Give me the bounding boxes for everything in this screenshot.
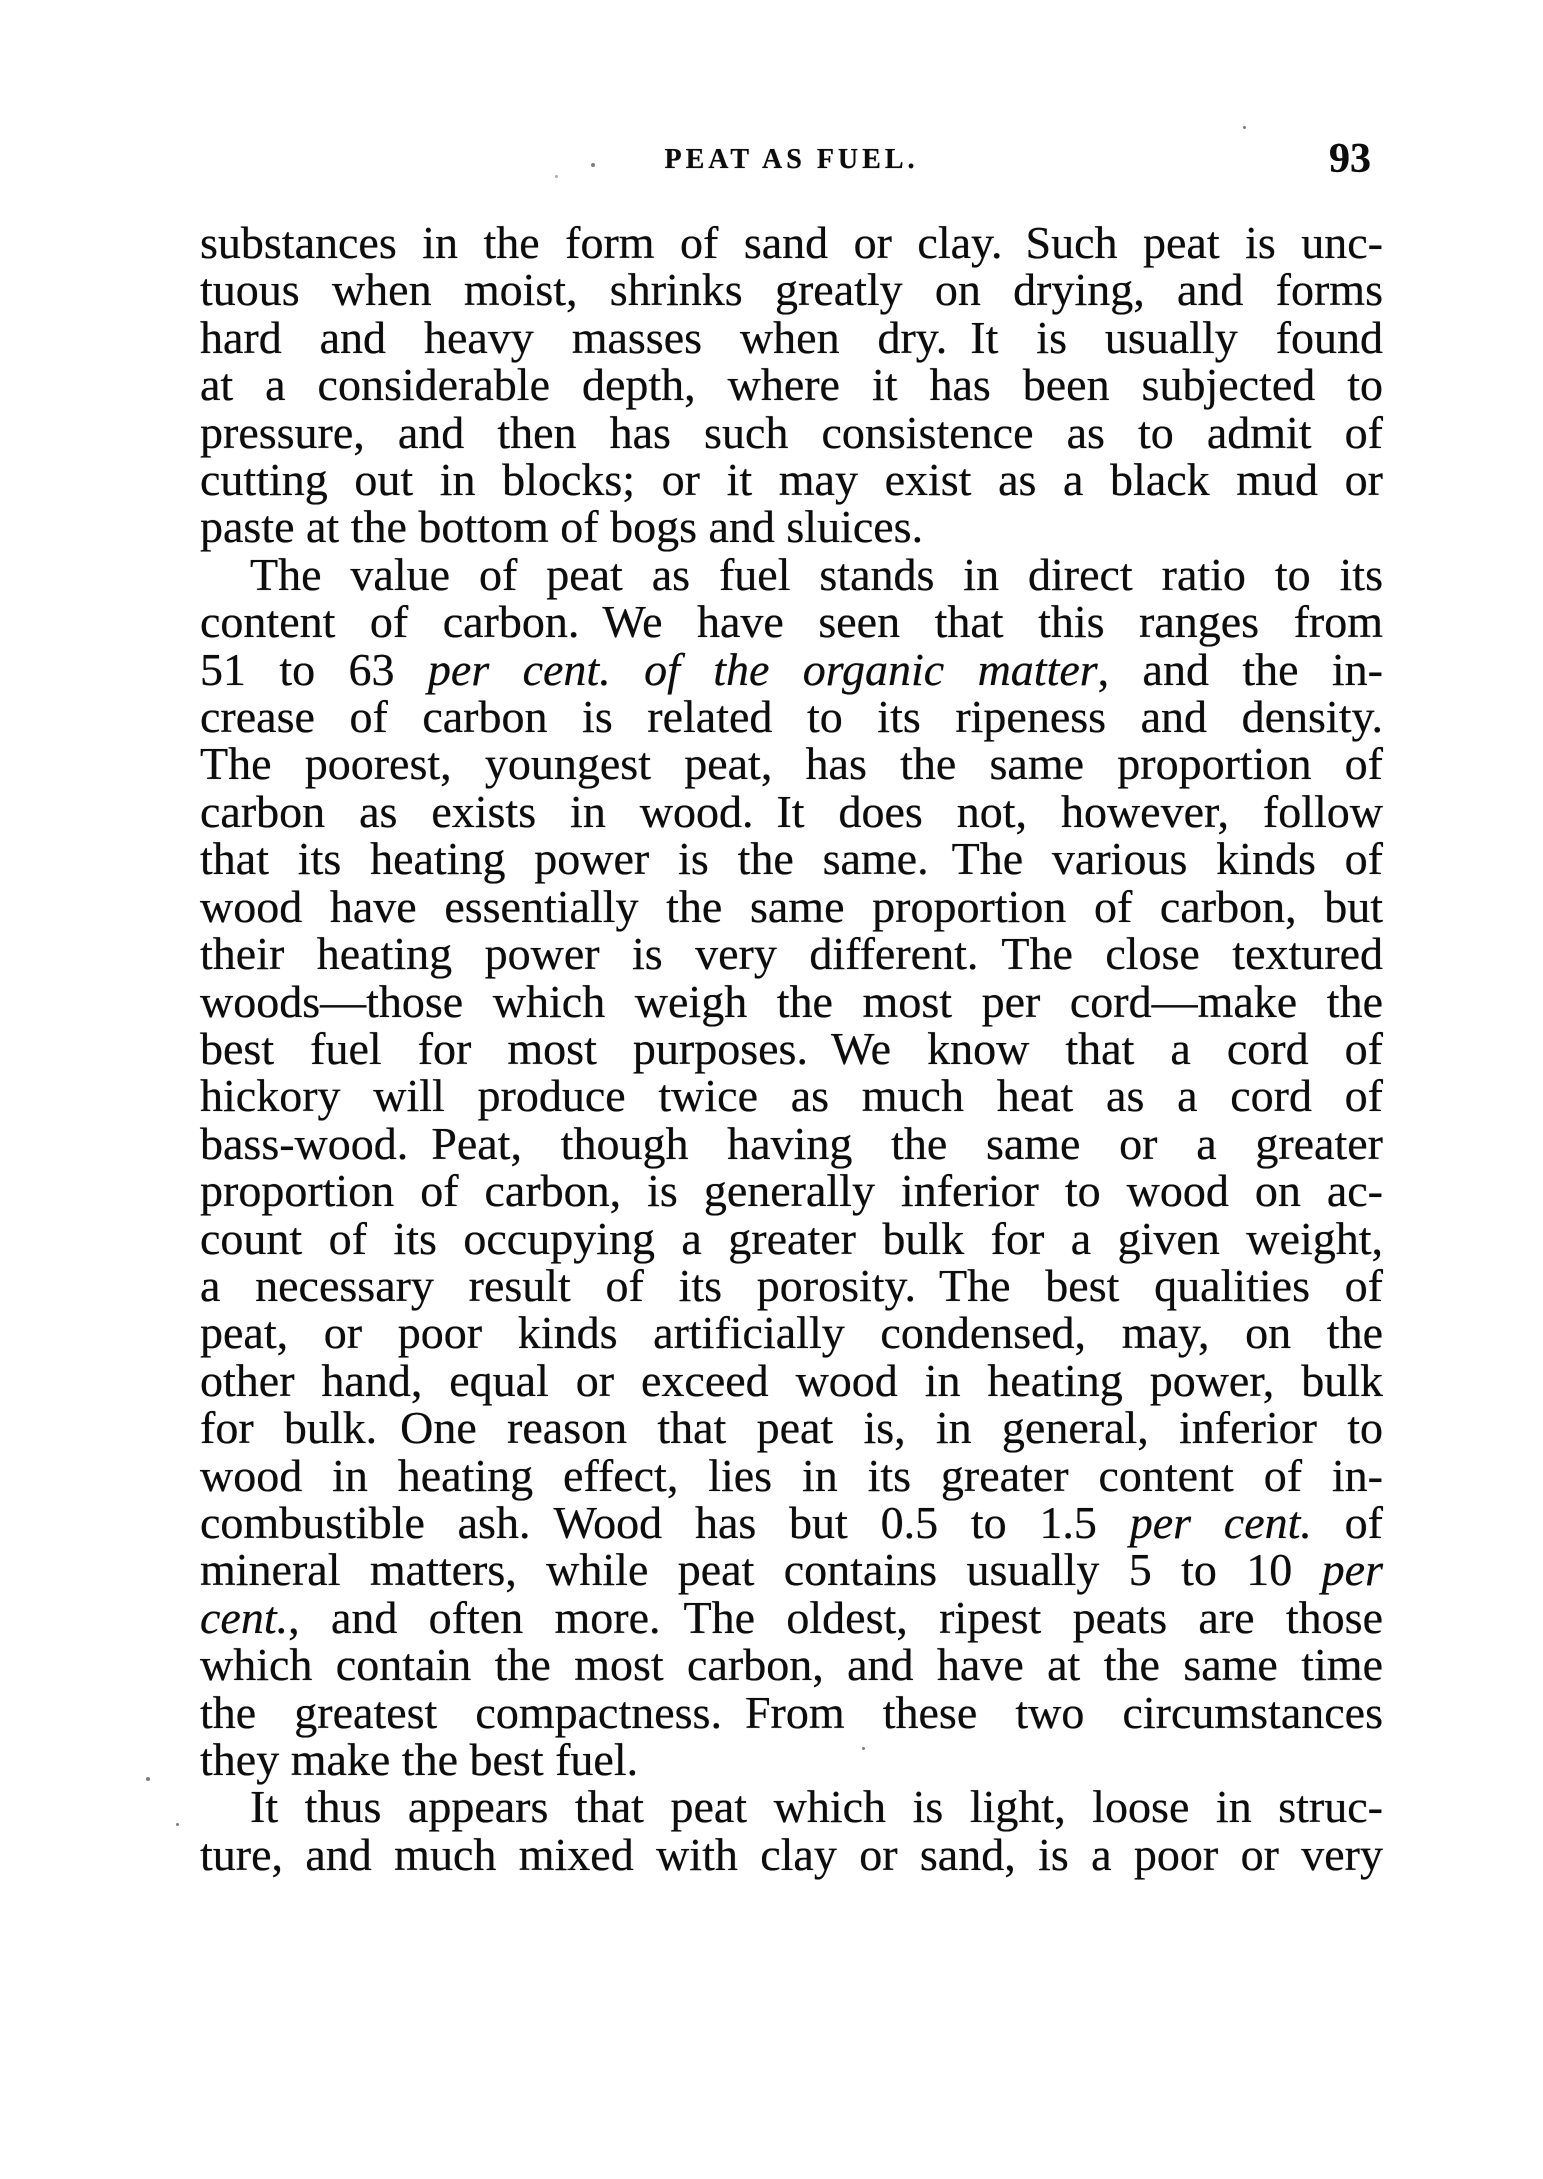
scan-speck — [176, 1823, 179, 1826]
text-line: wood have essentially the same proportio… — [200, 883, 1383, 930]
text-segment: , and the in- — [1098, 644, 1383, 695]
text-line: best fuel for most purposes. We know tha… — [200, 1025, 1383, 1072]
italic-text-segment: per cent. of the organic matter — [428, 644, 1098, 695]
text-line: cent., and often more. The oldest, ripes… — [200, 1594, 1383, 1641]
text-segment: bass-wood. Peat, though having the same … — [200, 1118, 1383, 1169]
text-segment: mineral matters, while peat contains usu… — [200, 1544, 1322, 1595]
text-line: count of its occupying a greater bulk fo… — [200, 1215, 1383, 1262]
text-segment: they make the best fuel. — [200, 1734, 638, 1785]
text-segment: The poorest, youngest peat, has the same… — [200, 738, 1383, 789]
text-line: It thus appears that peat which is light… — [200, 1783, 1383, 1830]
running-header-title: PEAT AS FUEL. — [664, 144, 918, 176]
text-line: proportion of carbon, is generally infer… — [200, 1167, 1383, 1214]
text-segment: woods—those which weigh the most per cor… — [200, 976, 1383, 1027]
text-line: a necessary result of its porosity. The … — [200, 1262, 1383, 1309]
text-segment: ture, and much mixed with clay or sand, … — [200, 1829, 1383, 1880]
scan-speck — [862, 1747, 865, 1750]
text-segment: tuous when moist, shrinks greatly on dry… — [200, 264, 1383, 315]
text-segment: their heating power is very different. T… — [200, 928, 1383, 979]
text-line: 51 to 63 per cent. of the organic matter… — [200, 646, 1383, 693]
text-segment: which contain the most carbon, and have … — [200, 1639, 1383, 1690]
text-segment: 51 to 63 — [200, 644, 428, 695]
page-body: substances in the form of sand or clay. … — [200, 219, 1383, 1878]
italic-text-segment: cent. — [200, 1592, 288, 1643]
text-line: their heating power is very different. T… — [200, 930, 1383, 977]
text-segment: peat, or poor kinds artificially condens… — [200, 1307, 1383, 1358]
text-segment: crease of carbon is related to its ripen… — [200, 691, 1383, 742]
text-line: The value of peat as fuel stands in dire… — [200, 551, 1383, 598]
italic-text-segment: per cent. — [1130, 1497, 1312, 1548]
text-line: pressure, and then has such consistence … — [200, 409, 1383, 456]
text-segment: wood in heating effect, lies in its grea… — [200, 1450, 1383, 1501]
text-line: carbon as exists in wood. It does not, h… — [200, 788, 1383, 835]
text-line: ture, and much mixed with clay or sand, … — [200, 1831, 1383, 1878]
text-segment: that its heating power is the same. The … — [200, 833, 1383, 884]
text-segment: pressure, and then has such consistence … — [200, 407, 1383, 458]
text-line: mineral matters, while peat contains usu… — [200, 1546, 1383, 1593]
text-line: other hand, equal or exceed wood in heat… — [200, 1357, 1383, 1404]
book-page: PEAT AS FUEL. 93 substances in the form … — [0, 0, 1543, 2179]
text-segment: wood have essentially the same proportio… — [200, 881, 1383, 932]
text-segment: , and often more. The oldest, ripest pea… — [288, 1592, 1383, 1643]
text-line: combustible ash. Wood has but 0.5 to 1.5… — [200, 1499, 1383, 1546]
text-line: bass-wood. Peat, though having the same … — [200, 1120, 1383, 1167]
text-line: cutting out in blocks; or it may exist a… — [200, 456, 1383, 503]
scan-speck — [591, 163, 595, 167]
text-segment: best fuel for most purposes. We know tha… — [200, 1023, 1383, 1074]
page-number: 93 — [1329, 135, 1371, 183]
text-line: crease of carbon is related to its ripen… — [200, 693, 1383, 740]
text-line: hard and heavy masses when dry. It is us… — [200, 314, 1383, 361]
text-segment: for bulk. One reason that peat is, in ge… — [200, 1402, 1383, 1453]
text-segment: other hand, equal or exceed wood in heat… — [200, 1355, 1383, 1406]
text-line: wood in heating effect, lies in its grea… — [200, 1452, 1383, 1499]
scan-speck — [555, 175, 558, 178]
text-segment: of — [1312, 1497, 1383, 1548]
text-line: hickory will produce twice as much heat … — [200, 1072, 1383, 1119]
text-line: paste at the bottom of bogs and sluices. — [200, 503, 1383, 550]
text-segment: proportion of carbon, is generally infer… — [200, 1165, 1383, 1216]
text-line: the greatest compactness. From these two… — [200, 1689, 1383, 1736]
text-line: The poorest, youngest peat, has the same… — [200, 740, 1383, 787]
text-line: that its heating power is the same. The … — [200, 835, 1383, 882]
scan-speck — [1243, 126, 1246, 129]
text-segment: paste at the bottom of bogs and sluices. — [200, 501, 923, 552]
text-segment: The value of peat as fuel stands in dire… — [250, 549, 1383, 600]
text-segment: It thus appears that peat which is light… — [250, 1781, 1383, 1832]
text-segment: content of carbon. We have seen that thi… — [200, 596, 1383, 647]
text-segment: hickory will produce twice as much heat … — [200, 1070, 1383, 1121]
scan-speck — [146, 1777, 150, 1781]
italic-text-segment: per — [1322, 1544, 1383, 1595]
text-segment: at a considerable depth, where it has be… — [200, 359, 1383, 410]
text-segment: the greatest compactness. From these two… — [200, 1687, 1383, 1738]
text-line: content of carbon. We have seen that thi… — [200, 598, 1383, 645]
text-segment: a necessary result of its porosity. The … — [200, 1260, 1383, 1311]
text-line: substances in the form of sand or clay. … — [200, 219, 1383, 266]
text-line: woods—those which weigh the most per cor… — [200, 978, 1383, 1025]
text-line: which contain the most carbon, and have … — [200, 1641, 1383, 1688]
text-segment: hard and heavy masses when dry. It is us… — [200, 312, 1383, 363]
running-head: PEAT AS FUEL. 93 — [200, 130, 1383, 190]
text-line: at a considerable depth, where it has be… — [200, 361, 1383, 408]
text-line: peat, or poor kinds artificially condens… — [200, 1309, 1383, 1356]
text-line: for bulk. One reason that peat is, in ge… — [200, 1404, 1383, 1451]
text-line: tuous when moist, shrinks greatly on dry… — [200, 266, 1383, 313]
text-segment: cutting out in blocks; or it may exist a… — [200, 454, 1383, 505]
text-segment: count of its occupying a greater bulk fo… — [200, 1213, 1383, 1264]
text-line: they make the best fuel. — [200, 1736, 1383, 1783]
text-segment: combustible ash. Wood has but 0.5 to 1.5 — [200, 1497, 1130, 1548]
text-segment: carbon as exists in wood. It does not, h… — [200, 786, 1383, 837]
text-segment: substances in the form of sand or clay. … — [200, 217, 1383, 268]
